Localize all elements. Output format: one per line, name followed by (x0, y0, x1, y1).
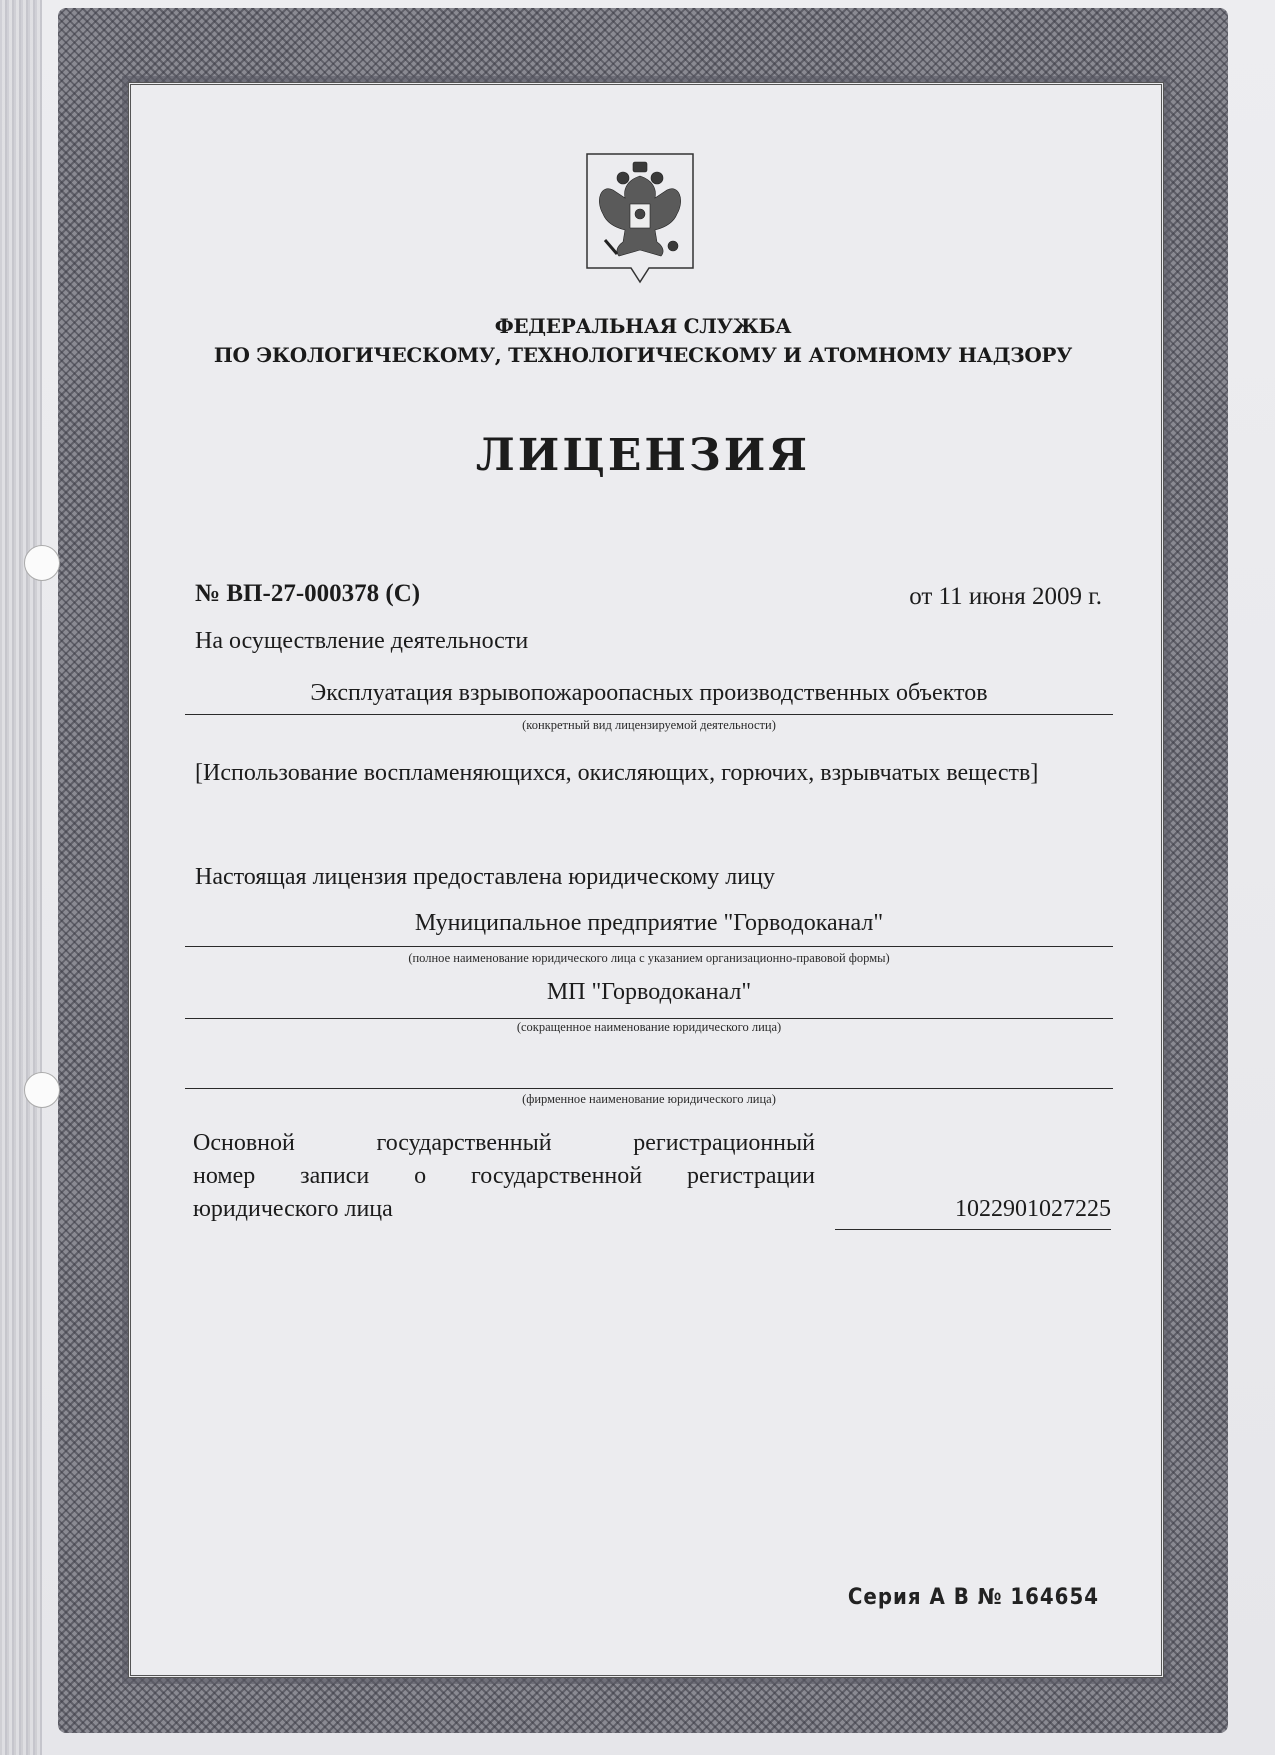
ogrn-label-line: номер записи о государственной регистрац… (193, 1160, 815, 1193)
brand-name-caption: (фирменное наименование юридического лиц… (185, 1092, 1113, 1107)
russian-coat-of-arms-icon (583, 150, 697, 290)
short-name-field: МП "Горводоканал" (185, 979, 1113, 1019)
activity-detail: [Использование воспламеняющихся, окисляю… (195, 757, 1115, 789)
full-name-field: Муниципальное предприятие "Горводоканал" (185, 910, 1113, 947)
ogrn-label-line: Основной государственный регистрационный (193, 1127, 815, 1160)
license-number: № ВП-27-000378 (С) (195, 580, 420, 608)
agency-name-line1: ФЕДЕРАЛЬНАЯ СЛУЖБА (130, 314, 1156, 338)
brand-name-field (185, 1052, 1113, 1089)
full-name-caption: (полное наименование юридического лица с… (185, 951, 1113, 966)
license-date: от 11 июня 2009 г. (909, 583, 1102, 611)
legal-entity-short-name: МП "Горводоканал" (547, 979, 751, 1005)
ogrn-value: 1022901027225 (835, 1196, 1111, 1230)
agency-name-line2: ПО ЭКОЛОГИЧЕСКОМУ, ТЕХНОЛОГИЧЕСКОМУ И АТ… (130, 343, 1156, 367)
short-name-caption: (сокращенное наименование юридического л… (185, 1020, 1113, 1035)
ogrn-label-line: юридического лица (193, 1193, 815, 1226)
document-title: ЛИЦЕНЗИЯ (130, 430, 1156, 481)
legal-entity-full-name: Муниципальное предприятие "Горводоканал" (415, 910, 883, 936)
granted-to-intro: Настоящая лицензия предоставлена юридиче… (195, 864, 775, 891)
form-series-number: Серия А В № 164654 (848, 1585, 1099, 1610)
document-content: ФЕДЕРАЛЬНАЯ СЛУЖБА ПО ЭКОЛОГИЧЕСКОМУ, ТЕ… (0, 0, 1275, 1755)
ogrn-label: Основной государственный регистрационный… (193, 1127, 815, 1226)
activity-type: Эксплуатация взрывопожароопасных произво… (310, 680, 987, 706)
activity-intro: На осуществление деятельности (195, 628, 528, 655)
activity-type-field: Эксплуатация взрывопожароопасных произво… (185, 680, 1113, 715)
activity-type-caption: (конкретный вид лицензируемой деятельнос… (185, 718, 1113, 733)
license-page: ФЕДЕРАЛЬНАЯ СЛУЖБА ПО ЭКОЛОГИЧЕСКОМУ, ТЕ… (0, 0, 1275, 1755)
